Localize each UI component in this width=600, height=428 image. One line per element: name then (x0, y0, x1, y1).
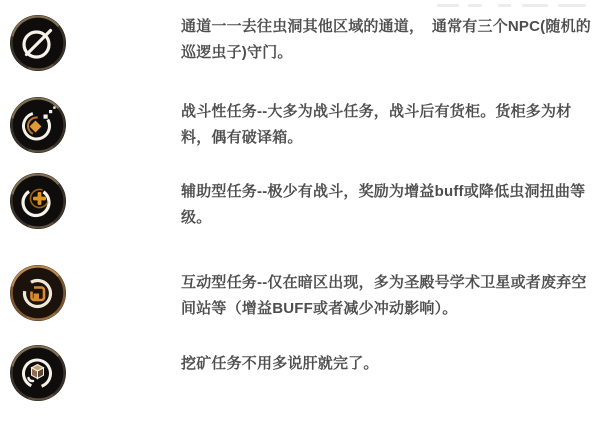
row-text-combat: 战斗性任务--大多为战斗任务，战斗后有货柜。货柜多为材料，偶有破译箱。 (181, 99, 596, 151)
row-text-mining: 挖矿任务不用多说肝就完了。 (181, 351, 596, 377)
cutoff-text-artifact (498, 4, 511, 7)
combat-icon (9, 96, 67, 154)
row-text-interact: 互动型任务--仅在暗区出现，多为圣殿号学术卫星或者废弃空间站等（增益BUFF或者… (181, 270, 596, 322)
row-text-portal: 通道一一去往虫洞其他区域的通道， 通常有三个NPC(随机的巡逻虫子)守门。 (181, 14, 596, 66)
cutoff-text-artifact (437, 4, 459, 7)
row-text-support: 辅助型任务--极少有战斗，奖励为增益buff或降低虫洞扭曲等级。 (181, 179, 596, 231)
wormhole-guide-page: 通道一一去往虫洞其他区域的通道， 通常有三个NPC(随机的巡逻虫子)守门。 战斗… (0, 0, 600, 428)
support-icon (9, 172, 67, 230)
portal-icon (9, 14, 67, 72)
mining-icon (9, 344, 67, 402)
cutoff-text-artifact (468, 4, 482, 7)
cutoff-text-artifact (558, 4, 586, 7)
interact-icon (9, 264, 67, 322)
cutoff-text-artifact (522, 4, 548, 7)
